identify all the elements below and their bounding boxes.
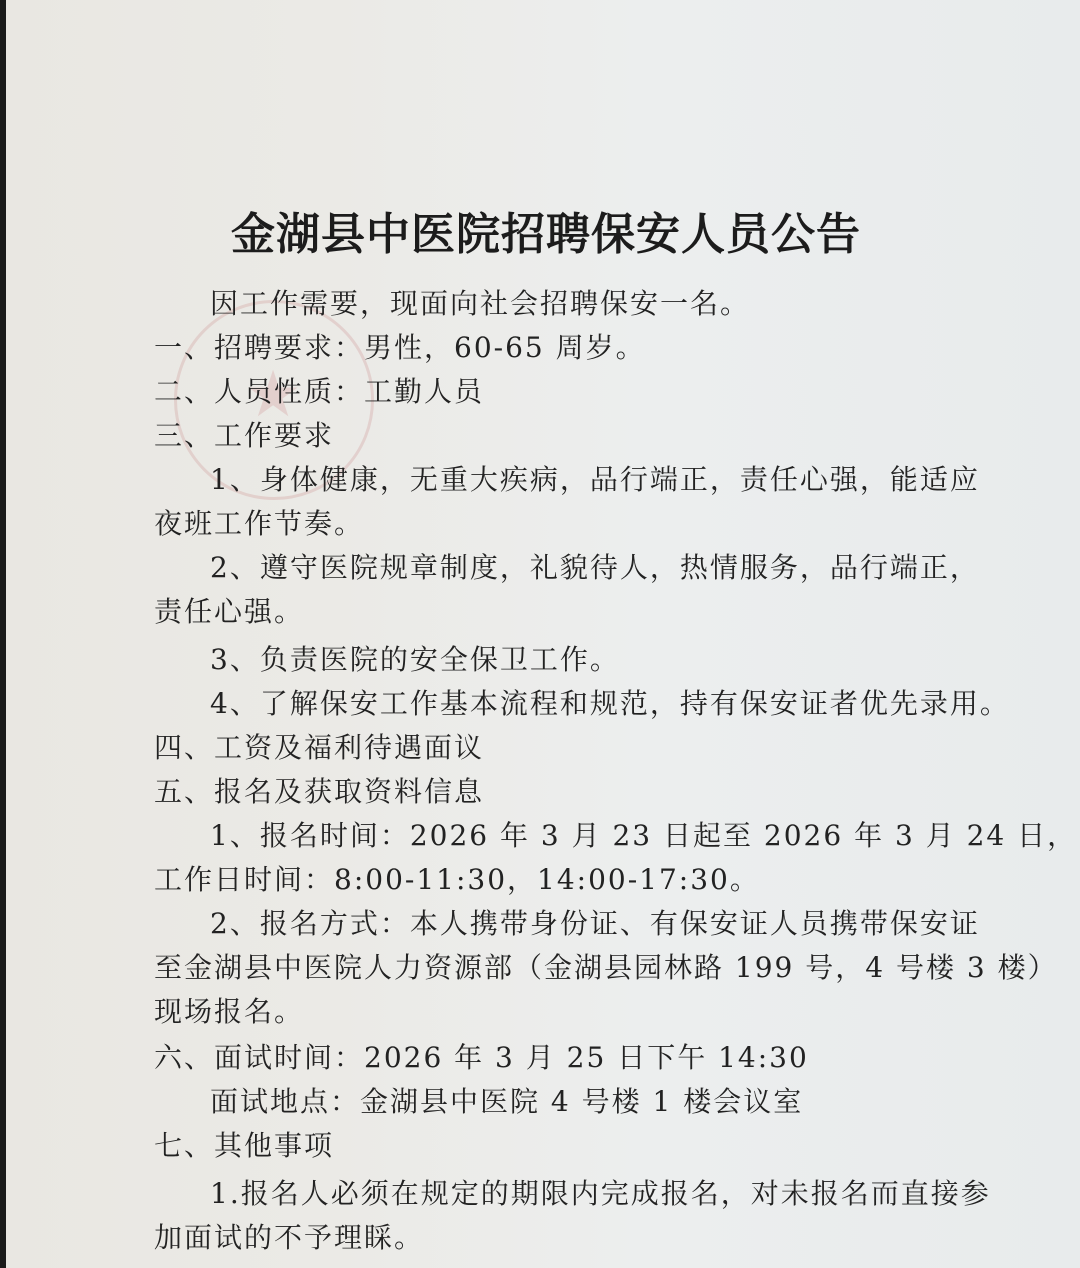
section-3-item-1-cont: 夜班工作节奏。 <box>154 502 364 542</box>
section-3-item-4: 4、了解保安工作基本流程和规范，持有保安证者优先录用。 <box>210 682 1010 722</box>
section-7-item-1: 1.报名人必须在规定的期限内完成报名，对未报名而直接参 <box>210 1172 991 1212</box>
section-6-interview-time: 六、面试时间：2026 年 3 月 25 日下午 14:30 <box>154 1036 809 1076</box>
section-2-staff-type: 二、人员性质：工勤人员 <box>154 370 484 410</box>
section-5-item-2-cont: 至金湖县中医院人力资源部（金湖县园林路 199 号，4 号楼 3 楼） <box>154 946 1058 986</box>
intro-paragraph: 因工作需要，现面向社会招聘保安一名。 <box>210 282 750 322</box>
section-3-item-2: 2、遵守医院规章制度，礼貌待人，热情服务，品行端正， <box>210 546 980 586</box>
section-5-item-1: 1、报名时间：2026 年 3 月 23 日起至 2026 年 3 月 24 日… <box>210 814 1077 854</box>
section-7-heading: 七、其他事项 <box>154 1124 334 1164</box>
document-page: ★ 金湖县中医院招聘保安人员公告 因工作需要，现面向社会招聘保安一名。 一、招聘… <box>6 0 1080 1268</box>
section-3-item-1: 1、身体健康，无重大疾病，品行端正，责任心强，能适应 <box>210 458 980 498</box>
section-5-item-1-cont: 工作日时间：8:00-11:30，14:00-17:30。 <box>154 858 760 898</box>
section-3-item-2-cont: 责任心强。 <box>154 590 304 630</box>
document-title: 金湖县中医院招聘保安人员公告 <box>6 198 1080 262</box>
section-1-requirements: 一、招聘要求：男性，60-65 周岁。 <box>154 326 646 366</box>
section-4-salary: 四、工资及福利待遇面议 <box>154 726 484 766</box>
section-5-item-2-end: 现场报名。 <box>154 990 304 1030</box>
section-6-interview-location: 面试地点：金湖县中医院 4 号楼 1 楼会议室 <box>210 1080 803 1120</box>
section-3-item-3: 3、负责医院的安全保卫工作。 <box>210 638 620 678</box>
section-7-item-1-cont: 加面试的不予理睬。 <box>154 1216 424 1256</box>
section-3-heading: 三、工作要求 <box>154 414 334 454</box>
section-5-item-2: 2、报名方式：本人携带身份证、有保安证人员携带保安证 <box>210 902 980 942</box>
section-5-heading: 五、报名及获取资料信息 <box>154 770 484 810</box>
